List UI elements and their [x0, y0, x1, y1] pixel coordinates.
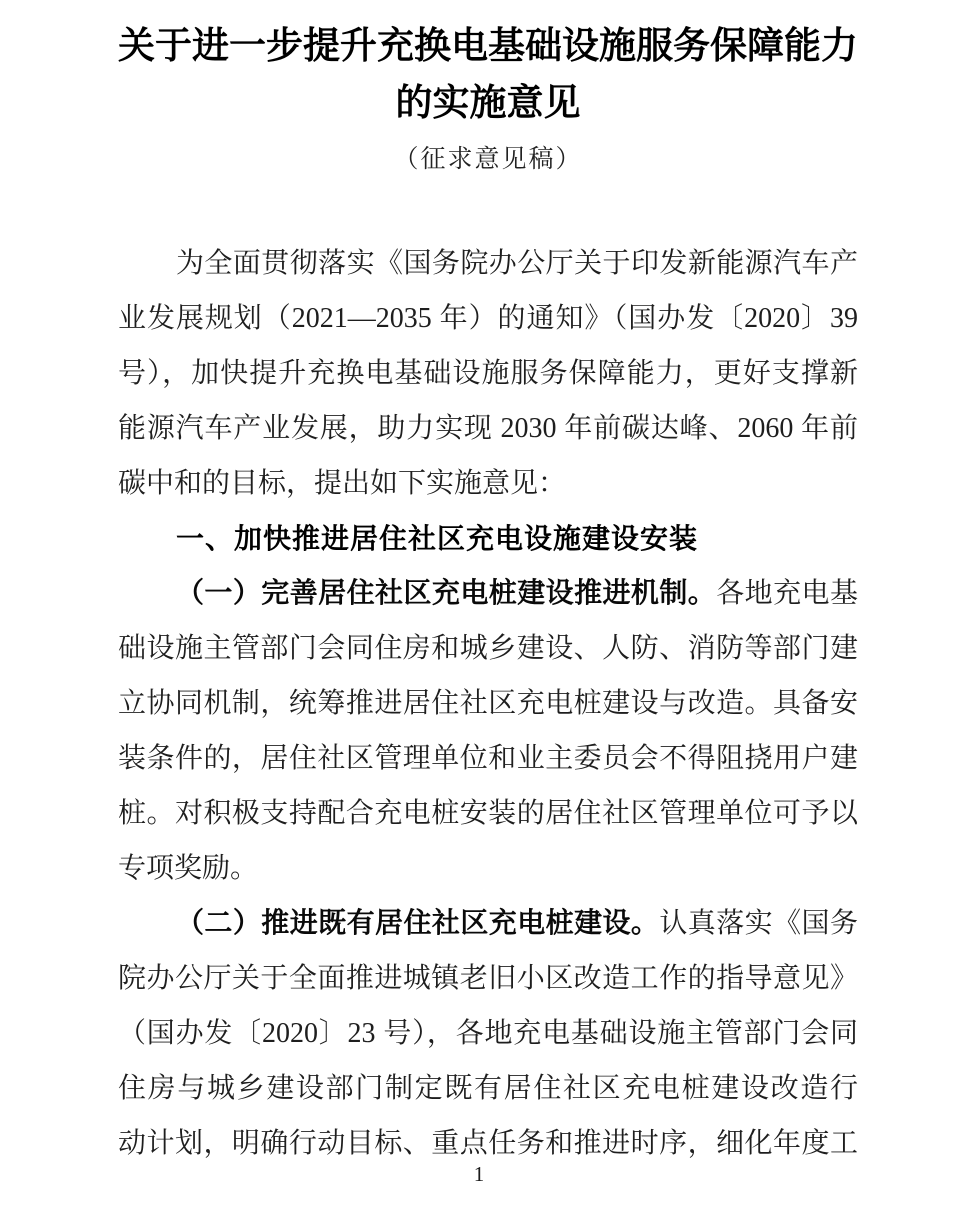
- page-number: 1: [0, 1162, 958, 1187]
- document-body: 为全面贯彻落实《国务院办公厅关于印发新能源汽车产 业发展规划（2021—2035…: [118, 236, 858, 1171]
- intro-line: 业发展规划（2021—2035 年）的通知》（国办发〔2020〕39: [118, 291, 858, 346]
- document-page: 关于进一步提升充换电基础设施服务保障能力 的实施意见 （征求意见稿） 为全面贯彻…: [0, 0, 958, 1208]
- intro-line: 号），加快提升充换电基础设施服务保障能力，更好支撑新: [118, 346, 858, 401]
- item-1-line: （一）完善居住社区充电桩建设推进机制。各地充电基: [118, 566, 858, 621]
- item-1-line-rest: 各地充电基: [716, 578, 858, 609]
- item-2-lead: （二）推进既有居住社区充电桩建设。: [176, 908, 659, 939]
- item-2-line: （国办发〔2020〕23 号），各地充电基础设施主管部门会同: [118, 1006, 858, 1061]
- document-content: 关于进一步提升充换电基础设施服务保障能力 的实施意见 （征求意见稿） 为全面贯彻…: [118, 0, 858, 1171]
- section-1-heading: 一、加快推进居住社区充电设施建设安装: [118, 511, 858, 566]
- item-2-line: 院办公厅关于全面推进城镇老旧小区改造工作的指导意见》: [118, 951, 858, 1006]
- document-title: 关于进一步提升充换电基础设施服务保障能力 的实施意见: [118, 18, 858, 132]
- intro-line: 为全面贯彻落实《国务院办公厅关于印发新能源汽车产: [118, 236, 858, 291]
- intro-line: 碳中和的目标，提出如下实施意见：: [118, 456, 858, 511]
- item-2-line-rest: 认真落实《国务: [659, 908, 858, 939]
- item-1-line: 立协同机制，统筹推进居住社区充电桩建设与改造。具备安: [118, 676, 858, 731]
- document-subtitle: （征求意见稿）: [118, 140, 858, 180]
- document-title-line-2: 的实施意见: [118, 75, 858, 132]
- document-title-line-1: 关于进一步提升充换电基础设施服务保障能力: [118, 18, 858, 75]
- intro-line: 能源汽车产业发展，助力实现 2030 年前碳达峰、2060 年前: [118, 401, 858, 456]
- item-1-line: 专项奖励。: [118, 841, 858, 896]
- item-2-line: （二）推进既有居住社区充电桩建设。认真落实《国务: [118, 896, 858, 951]
- item-1-lead: （一）完善居住社区充电桩建设推进机制。: [176, 578, 716, 609]
- item-2-line: 住房与城乡建设部门制定既有居住社区充电桩建设改造行: [118, 1061, 858, 1116]
- item-1-line: 础设施主管部门会同住房和城乡建设、人防、消防等部门建: [118, 621, 858, 676]
- item-1-line: 桩。对积极支持配合充电桩安装的居住社区管理单位可予以: [118, 786, 858, 841]
- item-1-line: 装条件的，居住社区管理单位和业主委员会不得阻挠用户建: [118, 731, 858, 786]
